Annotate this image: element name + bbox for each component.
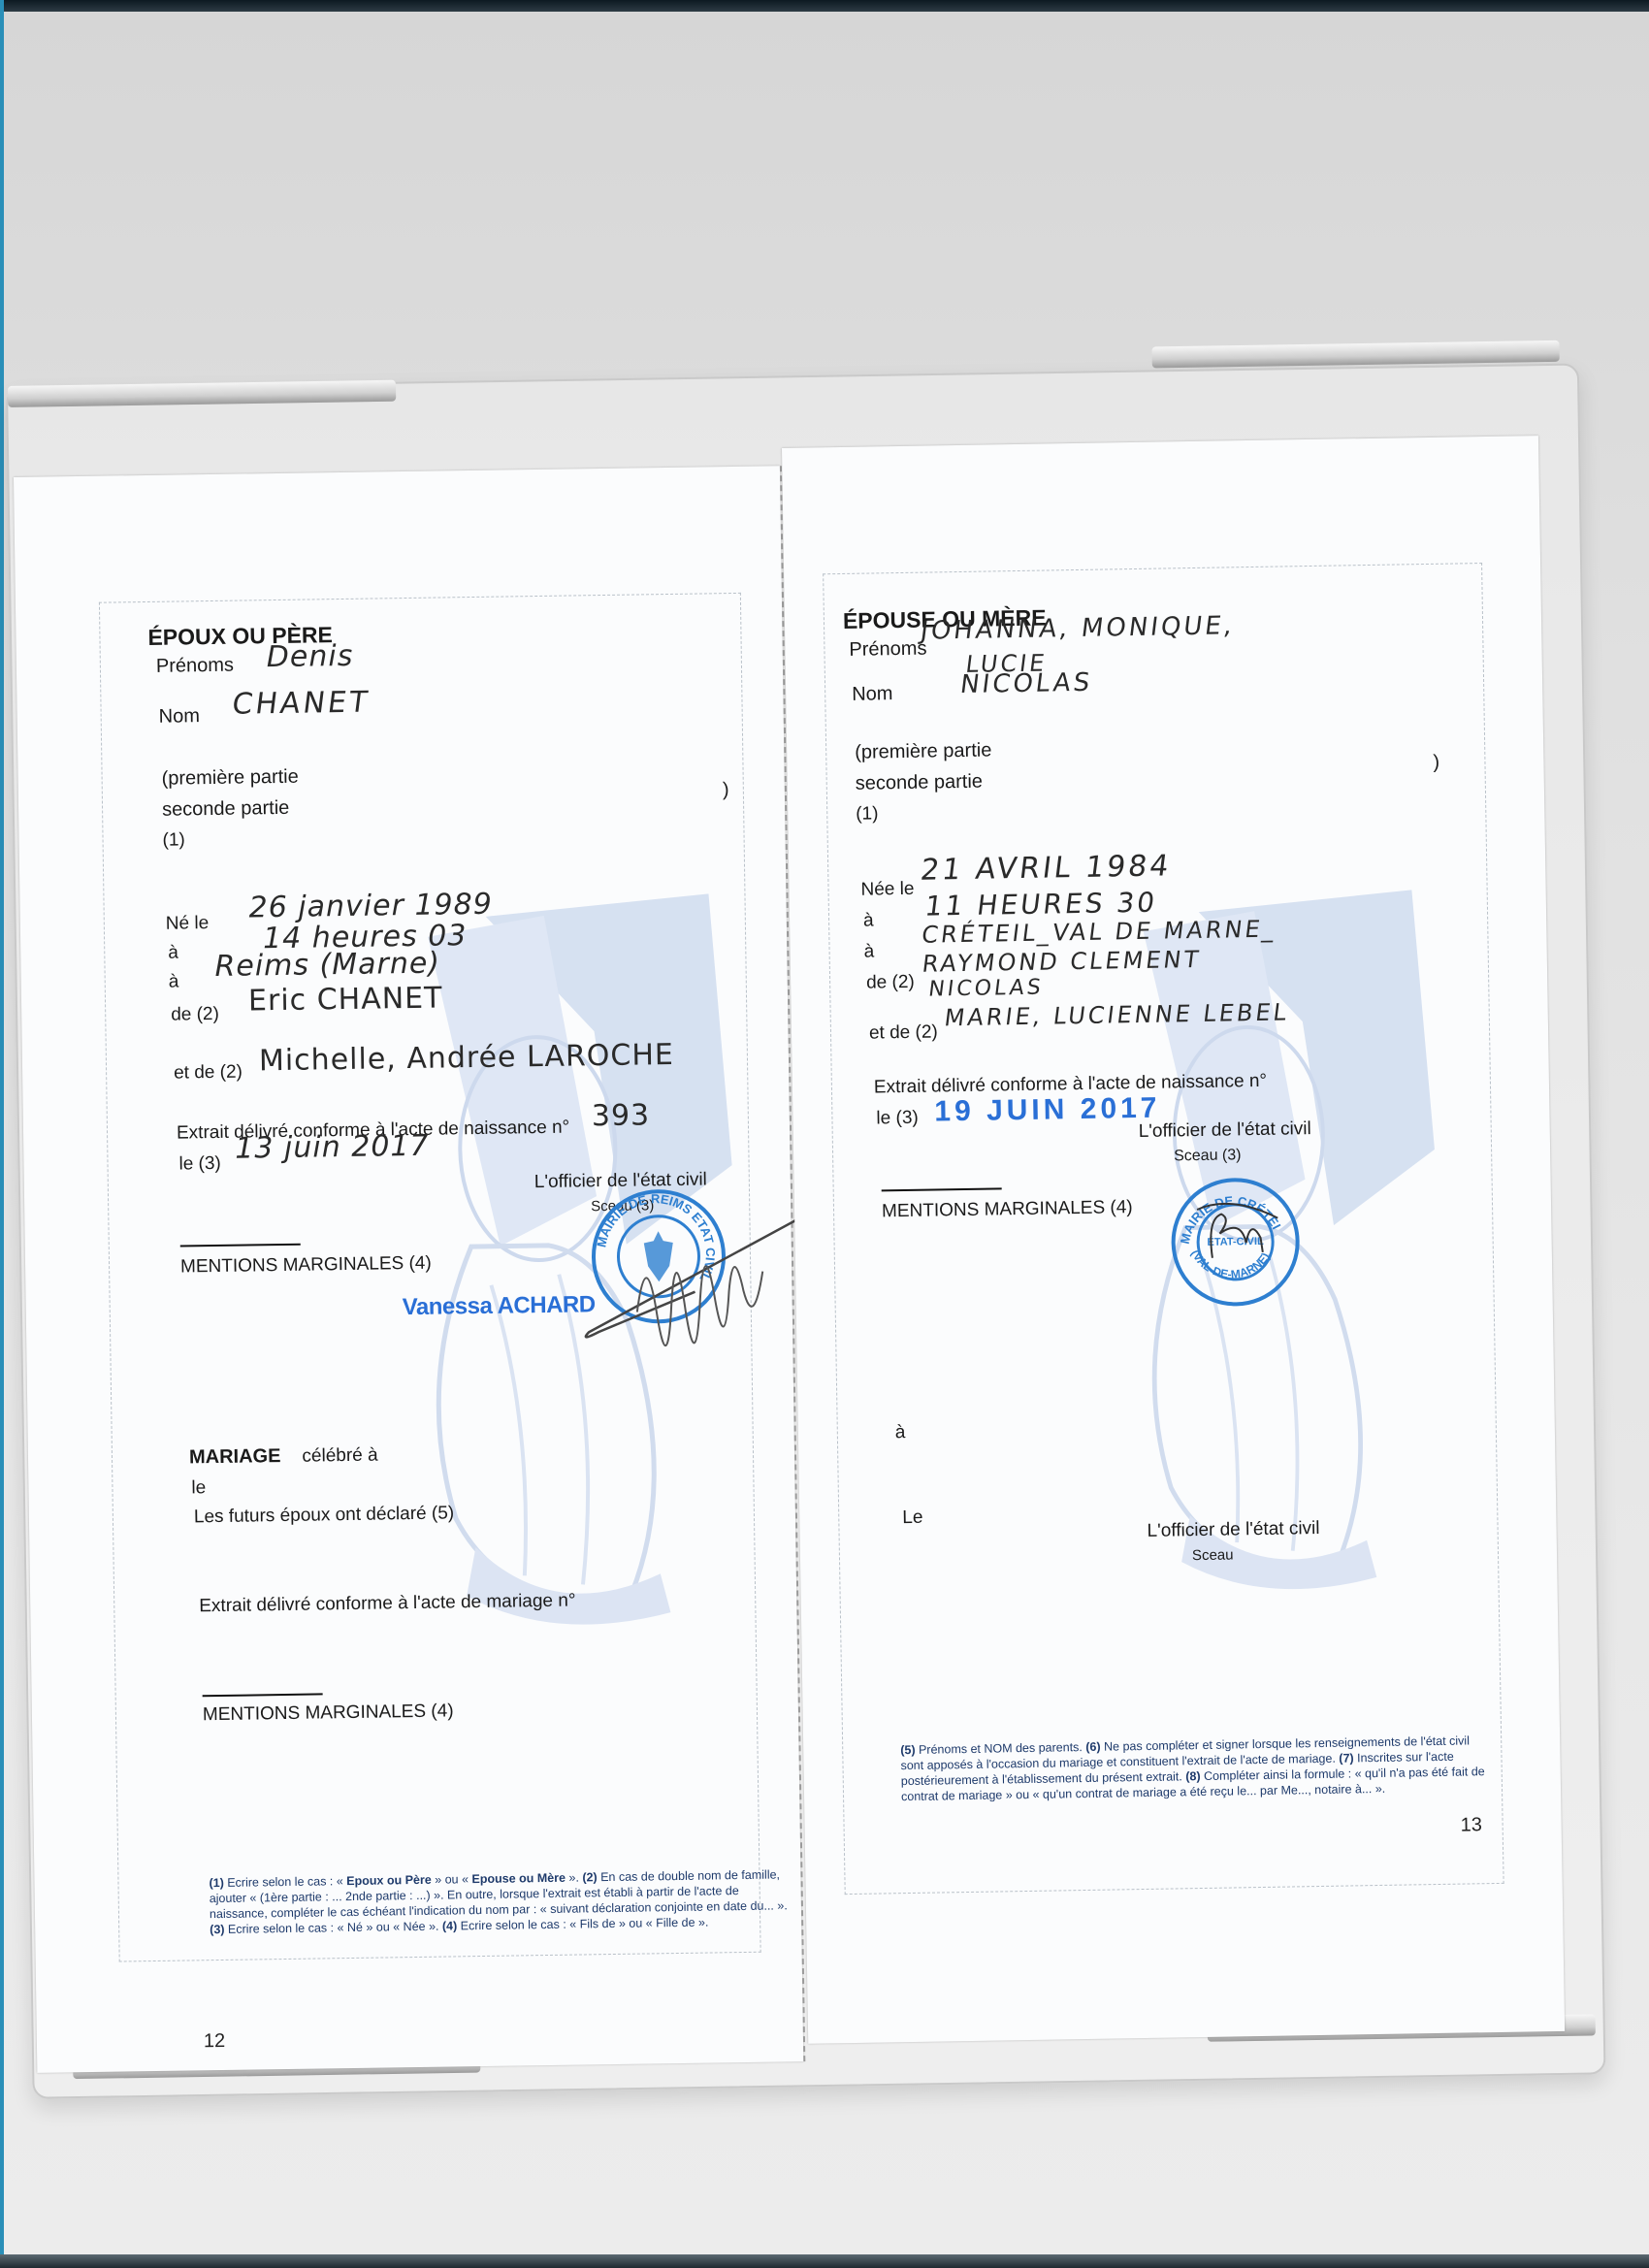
heure-label: à (168, 943, 178, 964)
lieu-label: à (863, 941, 874, 962)
le-mariage-label: Le (902, 1507, 923, 1529)
nom-value: CHANET (230, 686, 372, 722)
premiere-partie-label: (première partie (161, 766, 298, 791)
nee-le-value: 21 AVRIL 1984 (919, 849, 1173, 887)
heure-label: à (863, 910, 874, 931)
prenoms-value: Denis (267, 639, 354, 674)
mere-value: Michelle, Andrée LAROCHE (259, 1038, 674, 1078)
mere-value: MARIE, LUCIENNE LEBEL (943, 998, 1291, 1031)
nom-value: NICOLAS (958, 668, 1094, 699)
page-number: 13 (1460, 1814, 1482, 1836)
nom-label: Nom (159, 705, 201, 729)
mentions-label: MENTIONS MARGINALES (4) (180, 1253, 432, 1279)
footnote-left: (1) Ecrire selon le cas : « Epoux ou Pèr… (209, 1866, 792, 1937)
et-de-label: et de (2) (174, 1062, 242, 1085)
closing-paren: ) (1433, 752, 1439, 774)
seconde-partie-label: seconde partie (162, 797, 290, 822)
mariage-title: MARIAGE (189, 1445, 281, 1468)
footnote-right: (5) Prénoms et NOM des parents. (6) Ne p… (900, 1733, 1493, 1804)
prenoms-value-line1: JOHANNA, MONIQUE, (919, 611, 1237, 645)
mentions-2-label: MENTIONS MARGINALES (4) (203, 1701, 454, 1726)
pere-value-line1: RAYMOND CLEMENT (921, 946, 1203, 978)
nee-le-label: Née le (860, 879, 914, 901)
le-label: le (3) (178, 1153, 221, 1176)
sleeve-strip (8, 380, 396, 407)
date-delivrance-value: 13 juin 2017 (235, 1129, 430, 1166)
acte-numero-value: 393 (592, 1098, 651, 1133)
et-de-label: et de (2) (869, 1021, 938, 1044)
page-number: 12 (204, 2030, 226, 2053)
scanner-edge-top (0, 0, 1649, 12)
sceau-label: Sceau (3) (1174, 1147, 1242, 1165)
a-mariage-label: à (895, 1422, 906, 1443)
de-label: de (2) (171, 1004, 219, 1026)
nom-label: Nom (852, 683, 893, 706)
lieu-label: à (169, 972, 179, 993)
premiere-partie-label: (première partie (855, 739, 992, 763)
note-1-label: (1) (856, 803, 879, 825)
page-right: ÉPOUSE OU MÈRE Prénoms JOHANNA, MONIQUE,… (782, 436, 1565, 2044)
page-left: ÉPOUX OU PÈRE Prénoms Denis Nom CHANET (… (14, 466, 803, 2073)
sceau-2-label: Sceau (1192, 1546, 1234, 1564)
heure-value: 11 HEURES 30 (923, 887, 1159, 923)
ne-le-label: Né le (166, 913, 210, 935)
celebre-label: célébré à (302, 1445, 377, 1467)
seconde-partie-label: seconde partie (856, 771, 984, 795)
date-stamp: 19 JUIN 2017 (934, 1092, 1161, 1129)
mariage-le-label: le (191, 1477, 206, 1499)
mentions-label: MENTIONS MARGINALES (4) (882, 1197, 1133, 1222)
sleeve-strip (1151, 340, 1559, 369)
scanner-edge-bottom (0, 2254, 1649, 2268)
le-label: le (3) (876, 1108, 919, 1130)
prenoms-label: Prénoms (849, 638, 926, 662)
pere-value-line2: NICOLAS (927, 976, 1045, 1002)
officer-name-stamp: Vanessa ACHARD (403, 1291, 596, 1321)
closing-paren: ) (723, 779, 729, 801)
signature-icon (1192, 1199, 1280, 1268)
pere-value: Eric CHANET (248, 981, 443, 1018)
officier-2-label: L'officier de l'état civil (1147, 1518, 1319, 1542)
lieu-value: Reims (Marne) (214, 947, 440, 984)
officier-label: L'officier de l'état civil (1139, 1118, 1311, 1143)
signature-icon (577, 1183, 813, 1391)
scanner-edge-left (0, 0, 4, 2268)
prenoms-label: Prénoms (156, 655, 234, 678)
de-label: de (2) (866, 972, 915, 994)
declare-label: Les futurs époux ont déclaré (5) (194, 1503, 455, 1528)
note-1-label: (1) (162, 829, 185, 851)
